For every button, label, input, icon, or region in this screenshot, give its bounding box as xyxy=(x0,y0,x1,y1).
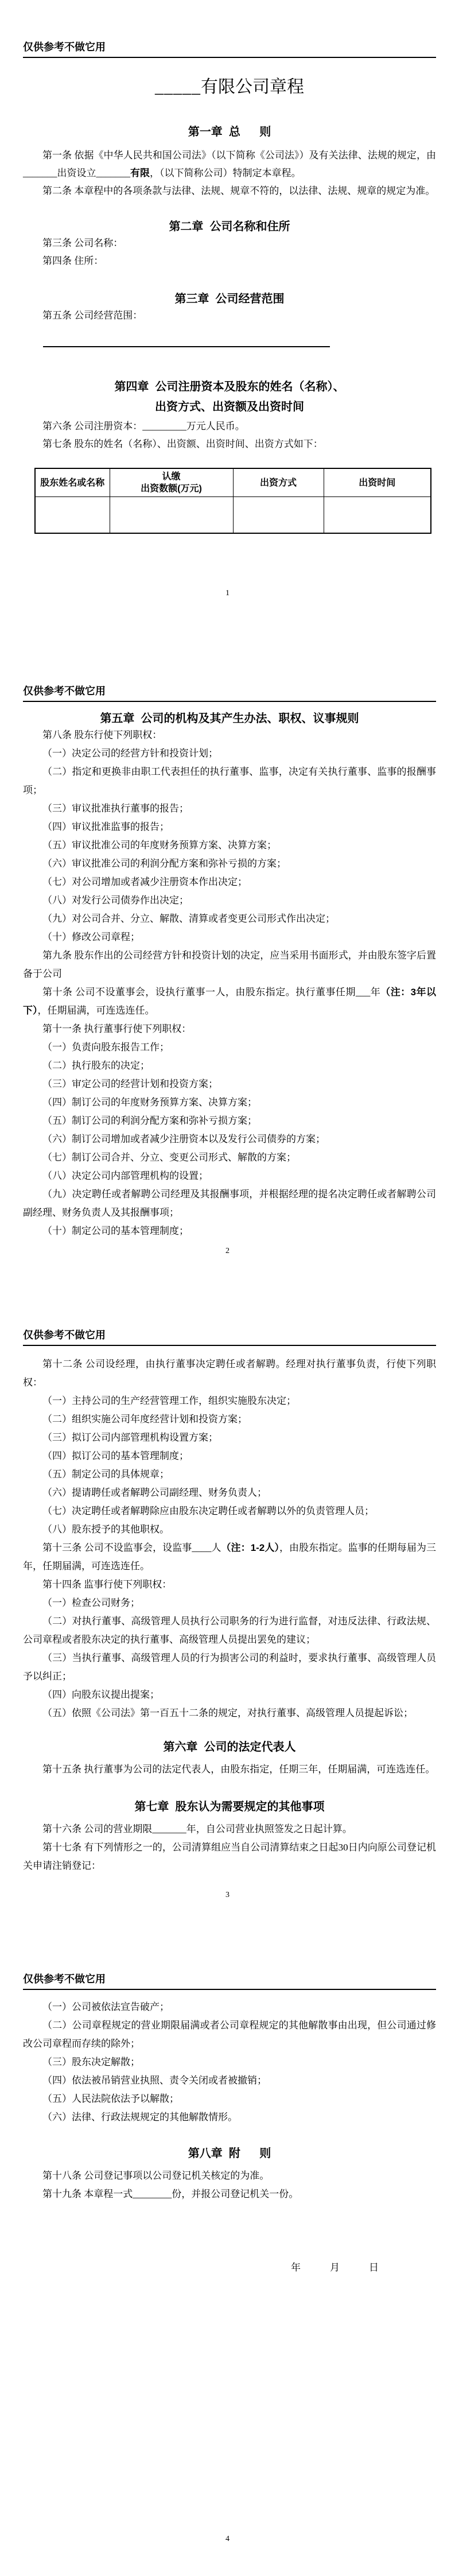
article-12-item-2: （二）组织实施公司年度经营计划和投资方案； xyxy=(23,1410,436,1429)
article-7: 第七条 股东的姓名（名称）、出资额、出资时间、出资方式如下： xyxy=(23,435,436,453)
article-10: 第十条 公司不设董事会，设执行董事一人，由股东指定。执行董事任期___年（注：3… xyxy=(23,983,436,1020)
article-8-item-2: （二）指定和更换非由职工代表担任的执行董事、监事，决定有关执行董事、监事的报酬事… xyxy=(23,763,436,800)
article-16: 第十六条 公司的营业期限_______年，自公司营业执照签发之日起计算。 xyxy=(23,1820,436,1838)
page-3: 仅供参考不做它用 第十二条 公司设经理，由执行董事决定聘任或者解聘。经理对执行董… xyxy=(0,1288,455,1932)
article-17-item-3: （三）股东决定解散； xyxy=(23,2053,436,2071)
article-11-item-10: （十）制定公司的基本管理制度； xyxy=(23,1222,436,1240)
article-14-item-1: （一）检查公司财务； xyxy=(23,1594,436,1612)
article-10-text: 第十条 公司不设董事会，设执行董事一人，由股东指定。执行董事任期___年 xyxy=(42,987,380,998)
page-number: 3 xyxy=(0,1891,455,1900)
article-10-text-end: ，任期届满，可连选连任。 xyxy=(38,1005,155,1016)
article-11-item-1: （一）负责向股东报告工作； xyxy=(23,1038,436,1057)
article-15: 第十五条 执行董事为公司的法定代表人，由股东指定，任期三年，任期届满，可连选连任… xyxy=(23,1760,436,1779)
page-number: 2 xyxy=(0,1247,455,1256)
article-1-bold-note: 有限 xyxy=(130,168,150,179)
table-header-row: 股东姓名或名称 认缴出资数额(万元) 出资方式 出资时间 xyxy=(35,468,431,497)
title-blank: _____ xyxy=(155,77,201,96)
company-charter-document: 仅供参考不做它用 _____有限公司章程 第一章 总 则 第一条 依据《中华人民… xyxy=(0,0,455,2576)
article-8-item-9: （九）对公司合并、分立、解散、清算或者变更公司形式作出决定； xyxy=(23,910,436,928)
article-11-item-8: （八）决定公司内部管理机构的设置； xyxy=(23,1167,436,1185)
article-2: 第二条 本章程中的各项条款与法律、法规、规章不符的，以法律、法规、规章的规定为准… xyxy=(23,182,436,200)
article-6: 第六条 公司注册资本：_________万元人民币。 xyxy=(23,417,436,435)
article-13-text: 第十三条 公司不设监事会，设监事____人 xyxy=(42,1542,221,1553)
article-12-item-8: （八）股东授予的其他职权。 xyxy=(23,1520,436,1539)
article-11: 第十一条 执行董事行使下列职权： xyxy=(23,1020,436,1038)
article-11-item-7: （七）制订公司合并、分立、变更公司形式、解散的方案； xyxy=(23,1149,436,1167)
chapter-4-heading-line1: 第四章 公司注册资本及股东的姓名（名称）、 xyxy=(114,381,344,393)
article-4: 第四条 住所： xyxy=(23,252,436,270)
article-11-item-4: （四）制订公司的年度财务预算方案、决算方案； xyxy=(23,1093,436,1112)
article-8-item-4: （四）审议批准监事的报告； xyxy=(23,818,436,836)
article-17-item-5: （五）人民法院依法予以解散； xyxy=(23,2090,436,2108)
article-8-item-3: （三）审议批准执行董事的报告； xyxy=(23,800,436,818)
page-4: 仅供参考不做它用 （一）公司被依法宣告破产； （二）公司章程规定的营业期限届满或… xyxy=(0,1932,455,2576)
chapter-4-heading: 第四章 公司注册资本及股东的姓名（名称）、出资方式、出资额及出资时间 xyxy=(23,377,436,417)
article-8-item-1: （一）决定公司的经营方针和投资计划； xyxy=(23,744,436,763)
chapter-2-heading: 第二章 公司名称和住所 xyxy=(23,219,436,234)
table-header-contribution-method: 出资方式 xyxy=(233,468,324,497)
watermark-header: 仅供参考不做它用 xyxy=(23,684,436,702)
article-12-item-4: （四）拟订公司的基本管理制度； xyxy=(23,1447,436,1465)
table-cell-empty xyxy=(35,497,110,534)
article-12-item-7: （七）决定聘任或者解聘除应由股东决定聘任或者解聘以外的负责管理人员； xyxy=(23,1502,436,1520)
chapter-6-heading: 第六章 公司的法定代表人 xyxy=(23,1740,436,1755)
chapter-4-heading-line2: 出资方式、出资额及出资时间 xyxy=(155,401,304,413)
page-number: 4 xyxy=(0,2535,455,2544)
article-12-item-3: （三）拟订公司内部管理机构设置方案； xyxy=(23,1429,436,1447)
article-19: 第十九条 本章程一式________份，并报公司登记机关一份。 xyxy=(23,2185,436,2203)
article-1: 第一条 依据《中华人民共和国公司法》（以下简称《公司法》）及有关法律、法规的规定… xyxy=(23,146,436,182)
article-17: 第十七条 有下列情形之一的，公司清算组应当自公司清算结束之日起30日内向原公司登… xyxy=(23,1838,436,1875)
table-header-shareholder-name: 股东姓名或名称 xyxy=(35,468,110,497)
table-row xyxy=(35,497,431,534)
article-3: 第三条 公司名称： xyxy=(23,234,436,252)
shareholder-contribution-table: 股东姓名或名称 认缴出资数额(万元) 出资方式 出资时间 xyxy=(34,468,431,534)
article-12: 第十二条 公司设经理，由执行董事决定聘任或者解聘。经理对执行董事负责，行使下列职… xyxy=(23,1355,436,1392)
article-8-item-10: （十）修改公司章程； xyxy=(23,928,436,946)
date-line: 年 月 日 xyxy=(23,2259,436,2277)
article-1-text-end: ，（以下简称公司）特制定本章程。 xyxy=(150,168,301,179)
watermark-header: 仅供参考不做它用 xyxy=(23,1972,436,1990)
article-17-item-4: （四）依法被吊销营业执照、责令关闭或者被撤销； xyxy=(23,2071,436,2090)
article-14-item-4: （四）向股东议提出提案； xyxy=(23,1686,436,1704)
article-8-item-6: （六）审议批准公司的利润分配方案和弥补亏损的方案； xyxy=(23,855,436,873)
article-12-item-5: （五）制定公司的具体规章； xyxy=(23,1465,436,1484)
table-header-contribution-time: 出资时间 xyxy=(324,468,431,497)
chapter-5-heading: 第五章 公司的机构及其产生办法、职权、议事规则 xyxy=(23,711,436,726)
article-8-item-5: （五）审议批准公司的年度财务预算方案、决算方案； xyxy=(23,836,436,855)
page-1: 仅供参考不做它用 _____有限公司章程 第一章 总 则 第一条 依据《中华人民… xyxy=(0,0,455,644)
article-13: 第十三条 公司不设监事会，设监事____人（注：1-2人），由股东指定。监事的任… xyxy=(23,1539,436,1576)
article-9: 第九条 股东作出的公司经营方针和投资计划的决定，应当采用书面形式，并由股东签字后… xyxy=(23,946,436,983)
page-number: 1 xyxy=(0,589,455,598)
chapter-7-heading: 第七章 股东认为需要规定的其他事项 xyxy=(23,1799,436,1814)
watermark-header: 仅供参考不做它用 xyxy=(23,40,436,58)
table-cell-empty xyxy=(110,497,233,534)
article-17-item-1: （一）公司被依法宣告破产； xyxy=(23,1998,436,2016)
article-18: 第十八条 公司登记事项以公司登记机关核定的为准。 xyxy=(23,2167,436,2185)
page-2: 仅供参考不做它用 第五章 公司的机构及其产生办法、职权、议事规则 第八条 股东行… xyxy=(0,644,455,1288)
table-cell-empty xyxy=(324,497,431,534)
article-8-item-7: （七）对公司增加或者减少注册资本作出决定； xyxy=(23,873,436,891)
article-17-item-6: （六）法律、行政法规规定的其他解散情形。 xyxy=(23,2108,436,2127)
article-8-item-8: （八）对发行公司债券作出决定； xyxy=(23,891,436,910)
table-header-line1: 认缴 xyxy=(162,472,180,482)
table-header-subscribed-amount: 认缴出资数额(万元) xyxy=(110,468,233,497)
article-14-item-2: （二）对执行董事、高级管理人员执行公司职务的行为进行监督，对违反法律、行政法规、… xyxy=(23,1612,436,1649)
article-13-bold-note: （注：1-2人） xyxy=(221,1542,279,1553)
table-cell-empty xyxy=(233,497,324,534)
article-11-item-6: （六）制订公司增加或者减少注册资本以及发行公司债券的方案； xyxy=(23,1130,436,1149)
watermark-header: 仅供参考不做它用 xyxy=(23,1328,436,1346)
article-14-item-5: （五）依照《公司法》第一百五十二条的规定，对执行董事、高级管理人员提起诉讼； xyxy=(23,1704,436,1722)
table-header-line2: 出资数额(万元) xyxy=(141,484,202,494)
article-12-item-6: （六）提请聘任或者解聘公司副经理、财务负责人； xyxy=(23,1484,436,1502)
article-11-item-3: （三）审定公司的经营计划和投资方案； xyxy=(23,1075,436,1093)
chapter-3-heading: 第三章 公司经营范围 xyxy=(23,292,436,307)
article-12-item-1: （一）主持公司的生产经营管理工作，组织实施股东决定； xyxy=(23,1392,436,1410)
article-17-item-2: （二）公司章程规定的营业期限届满或者公司章程规定的其他解散事由出现，但公司通过修… xyxy=(23,2016,436,2053)
article-8: 第八条 股东行使下列职权： xyxy=(23,726,436,744)
chapter-1-heading: 第一章 总 则 xyxy=(23,125,436,139)
chapter-8-heading: 第八章 附 则 xyxy=(23,2146,436,2161)
article-14: 第十四条 监事行使下列职权： xyxy=(23,1576,436,1594)
title-text: 有限公司章程 xyxy=(201,77,304,96)
article-11-item-5: （五）制订公司的利润分配方案和弥补亏损方案； xyxy=(23,1112,436,1130)
article-11-item-2: （二）执行股东的决定； xyxy=(23,1057,436,1075)
article-14-item-3: （三）当执行董事、高级管理人员的行为损害公司的利益时，要求执行董事、高级管理人员… xyxy=(23,1649,436,1686)
document-title: _____有限公司章程 xyxy=(23,76,436,98)
business-scope-fill-line xyxy=(43,346,330,347)
article-11-item-9: （九）决定聘任或者解聘公司经理及其报酬事项，并根据经理的提名决定聘任或者解聘公司… xyxy=(23,1185,436,1222)
article-5: 第五条 公司经营范围： xyxy=(23,307,436,324)
